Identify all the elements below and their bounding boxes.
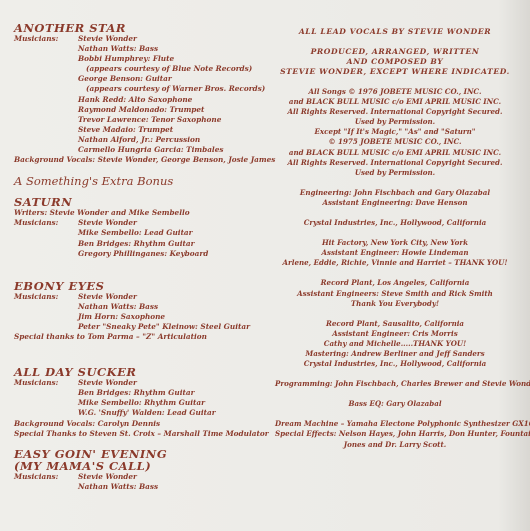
musicians-label: Musicians: [14,34,78,44]
musician: Peter "Sneaky Pete" Kleinow: Steel Guita… [78,322,269,332]
musicians-label: Musicians: [14,292,78,302]
studio-line: Mastering: Andrew Berliner and Jeff Sand… [275,349,515,359]
musician: Stevie Wonder [78,292,269,302]
lead-vocals-credit: ALL LEAD VOCALS BY STEVIE WONDER [275,27,515,37]
musicians-label: Musicians: [14,378,78,388]
musician: Stevie Wonder [78,218,269,228]
musician: Stevie Wonder [78,472,269,482]
copyright-line: All Rights Reserved. International Copyr… [275,107,515,117]
studio-line: Assistant Engineer: Cris Morris [275,329,515,339]
copyright-block: All Songs © 1976 JOBETE MUSIC CO., INC. … [275,87,515,178]
background-vocals: Background Vocals: Carolyn Dennis [14,419,269,429]
musician: Mike Sembello: Rhythm Guitar [78,398,269,408]
effects-line: Jones and Dr. Larry Scott. [275,440,515,450]
liner-notes-page: ANOTHER STAR Musicians: Stevie Wonder Na… [0,0,530,531]
musician: W.G. 'Snuffy' Walden: Lead Guitar [78,408,269,418]
studio-line: Assistant Engineer: Howie Lindeman [275,248,515,258]
courtesy-note: (appears courtesy of Blue Note Records) [78,64,269,74]
musician: Ben Bridges: Rhythm Guitar [78,388,269,398]
bass-eq-credit: Bass EQ: Gary Olazabal [275,399,515,409]
copyright-line: Used by Permission. [275,168,515,178]
studio-line: Hit Factory, New York City, New York [275,238,515,248]
studio-line: Assistant Engineers: Steve Smith and Ric… [275,289,515,299]
musician: Nathan Alford, Jr.: Percussion [78,135,269,145]
musicians-label: Musicians: [14,218,78,228]
studio-line: Crystal Industries, Inc., Hollywood, Cal… [275,359,515,369]
song-all-day-sucker: ALL DAY SUCKER Musicians: Stevie Wonder … [14,366,269,439]
song-ebony-eyes: EBONY EYES Musicians: Stevie Wonder Nath… [14,280,269,342]
right-column: ALL LEAD VOCALS BY STEVIE WONDER PRODUCE… [275,27,515,450]
left-column: ANOTHER STAR Musicians: Stevie Wonder Na… [14,22,269,492]
musician: Jim Horn: Saxophone [78,312,269,322]
engineering-line: Assistant Engineering: Dave Henson [275,198,515,208]
dream-machine-credits: Dream Machine – Yamaha Electone Polyphon… [275,419,515,449]
musician: Bobbi Humphrey: Flute [78,54,269,64]
copyright-line: and BLACK BULL MUSIC c/o EMI APRIL MUSIC… [275,148,515,158]
studio-line: Cathy and Michelle.....THANK YOU! [275,339,515,349]
studio-crystal: Crystal Industries, Inc., Hollywood, Cal… [275,218,515,228]
studio-line: Record Plant, Sausalito, California [275,319,515,329]
musician: Mike Sembello: Lead Guitar [78,228,269,238]
musician: Nathan Watts: Bass [78,482,269,492]
song-title: ALL DAY SUCKER [14,366,269,378]
production-line: STEVIE WONDER, EXCEPT WHERE INDICATED. [275,67,515,77]
musician: Nathan Watts: Bass [78,302,269,312]
programming-credit: Programming: John Fischbach, Charles Bre… [275,379,515,389]
production-line: AND COMPOSED BY [275,57,515,67]
background-vocals: Background Vocals: Stevie Wonder, George… [14,155,269,165]
courtesy-note: (appears courtesy of Warner Bros. Record… [78,84,269,94]
song-easy-goin-evening: EASY GOIN' EVENING (MY MAMA'S CALL) Musi… [14,448,269,492]
musician: Gregory Phillinganes: Keyboard [78,249,269,259]
studio-record-plant-la: Record Plant, Los Angeles, California As… [275,278,515,308]
engineering-line: Engineering: John Fischbach and Gary Ola… [275,188,515,198]
musician: Steve Madaio: Trumpet [78,125,269,135]
copyright-line: Except "If It's Magic," "As" and "Saturn… [275,127,515,137]
copyright-line: Used by Permission. [275,117,515,127]
musician: Nathan Watts: Bass [78,44,269,54]
studio-line: Record Plant, Los Angeles, California [275,278,515,288]
musician: Trevor Lawrence: Tenor Saxophone [78,115,269,125]
copyright-line: All Songs © 1976 JOBETE MUSIC CO., INC. [275,87,515,97]
musicians-label: Musicians: [14,472,78,482]
song-title: SATURN [14,196,269,208]
bonus-heading: A Something's Extra Bonus [14,174,269,188]
song-title: EBONY EYES [14,280,269,292]
musician: Raymond Maldonado: Trumpet [78,105,269,115]
song-title: ANOTHER STAR [14,22,269,34]
production-credit: PRODUCED, ARRANGED, WRITTEN AND COMPOSED… [275,47,515,77]
copyright-line: All Rights Reserved. International Copyr… [275,158,515,168]
song-subtitle: (MY MAMA'S CALL) [14,460,269,472]
special-thanks: Special thanks to Tom Parma – "Z" Articu… [14,332,269,342]
credit-row: Musicians: Stevie Wonder [14,34,269,44]
copyright-line: © 1975 JOBETE MUSIC CO., INC. [275,137,515,147]
special-thanks: Special Thanks to Steven St. Croix – Mar… [14,429,269,439]
musician: George Benson: Guitar [78,74,269,84]
effects-line: Dream Machine – Yamaha Electone Polyphon… [275,419,515,429]
musician: Hank Redd: Alto Saxophone [78,95,269,105]
song-saturn: SATURN Writers: Stevie Wonder and Mike S… [14,196,269,258]
studio-line: Arlene, Eddie, Richie, Vinnie and Harrie… [275,258,515,268]
song-another-star: ANOTHER STAR Musicians: Stevie Wonder Na… [14,22,269,165]
engineering-credits: Engineering: John Fischbach and Gary Ola… [275,188,515,208]
studio-hit-factory: Hit Factory, New York City, New York Ass… [275,238,515,268]
effects-line: Special Effects: Nelson Hayes, John Harr… [275,429,515,439]
studio-record-plant-sausalito: Record Plant, Sausalito, California Assi… [275,319,515,369]
song-title: EASY GOIN' EVENING [14,448,269,460]
musician: Stevie Wonder [78,378,269,388]
musician: Stevie Wonder [78,34,269,44]
production-line: PRODUCED, ARRANGED, WRITTEN [275,47,515,57]
musician: Ben Bridges: Rhythm Guitar [78,239,269,249]
copyright-line: and BLACK BULL MUSIC c/o EMI APRIL MUSIC… [275,97,515,107]
studio-line: Thank You Everybody! [275,299,515,309]
writers: Writers: Stevie Wonder and Mike Sembello [14,208,269,218]
musician: Carmello Hungria Garcia: Timbales [78,145,269,155]
